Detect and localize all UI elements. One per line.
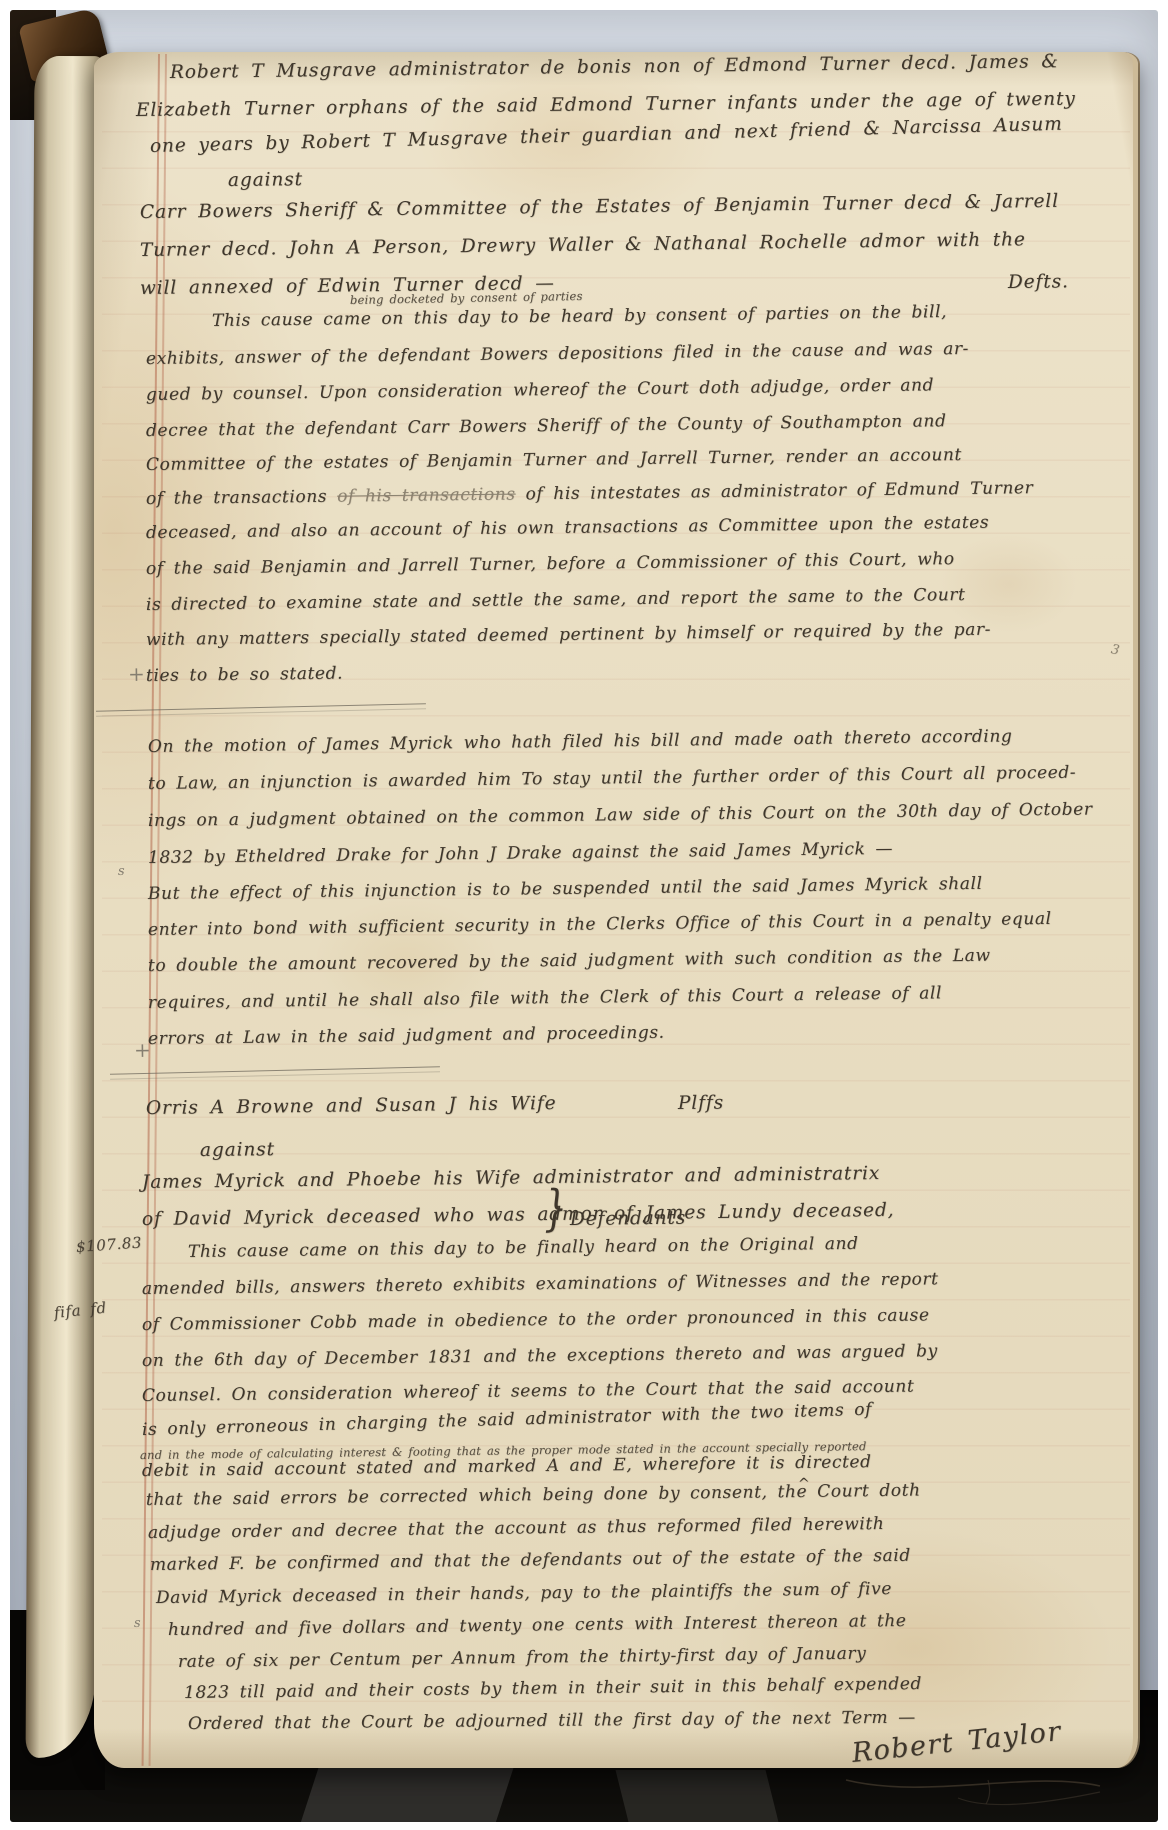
defendants-abbrev-label: Defts.: [1008, 271, 1069, 294]
pencil-tick-mark: s: [134, 1616, 141, 1632]
signature-flourish: [838, 1766, 1108, 1812]
curly-brace: }: [543, 1179, 568, 1238]
photo-frame: Robert T Musgrave administrator de bonis…: [0, 0, 1168, 1830]
handwritten-line: ties to be so stated.: [146, 664, 343, 687]
pencil-tick-mark: s: [118, 864, 125, 880]
pencil-plus-mark: +: [128, 662, 146, 686]
table-reflection-shape: [616, 1770, 779, 1822]
line-segment: of the transactions: [146, 487, 337, 509]
gutter-page-edges: [26, 56, 105, 1758]
struck-out-text: of his transactions: [337, 484, 516, 506]
pencil-plus-mark: +: [134, 1038, 152, 1062]
table-reflection-shape: [301, 1766, 514, 1822]
against-label: against: [228, 169, 303, 192]
defendants-label: Defendants: [570, 1208, 686, 1232]
photograph-of-ledger: Robert T Musgrave administrator de bonis…: [10, 10, 1158, 1822]
plaintiffs-abbrev-label: Plffs: [678, 1092, 724, 1115]
against-label: against: [200, 1139, 275, 1162]
